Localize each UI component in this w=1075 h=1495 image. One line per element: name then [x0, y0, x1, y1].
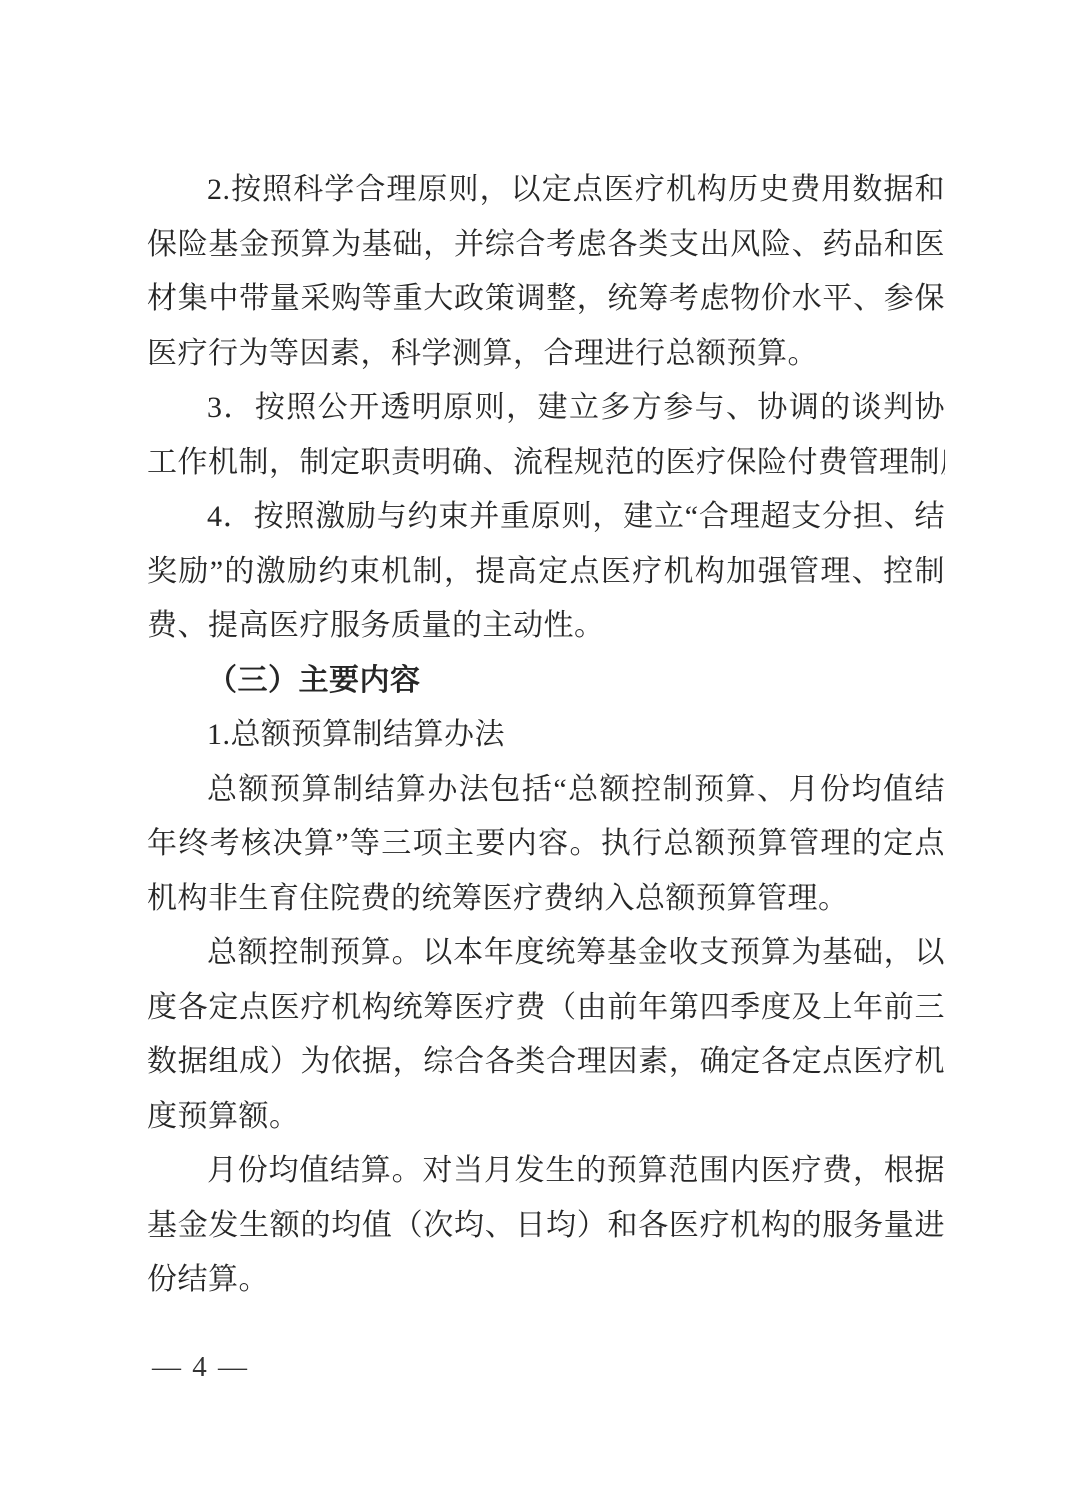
- document-page: 2.按照科学合理原则，以定点医疗机构历史费用数据和医疗保险基金预算为基础，并综合…: [0, 0, 1075, 1495]
- text-line-total-control-budget: 度预算额。: [147, 1090, 945, 1145]
- text-line-principle-4: 4．按照激励与约束并重原则，建立“合理超支分担、结余: [147, 490, 945, 545]
- text-line-principle-4: 奖励”的激励约束机制，提高定点医疗机构加强管理、控制医疗: [147, 545, 945, 600]
- page-number: — 4 —: [152, 1345, 249, 1389]
- text-line-principle-4: 费、提高医疗服务质量的主动性。: [147, 599, 945, 654]
- text-line-monthly-average-settlement: 月份均值结算。对当月发生的预算范围内医疗费，根据统筹: [147, 1144, 945, 1199]
- text-line-section-heading-3: （三）主要内容: [147, 654, 945, 709]
- text-line-principle-2: 2.按照科学合理原则，以定点医疗机构历史费用数据和医疗: [147, 163, 945, 218]
- text-line-principle-2: 医疗行为等因素，科学测算，合理进行总额预算。: [147, 327, 945, 382]
- text-line-monthly-average-settlement: 份结算。: [147, 1253, 945, 1308]
- text-line-method-overview: 总额预算制结算办法包括“总额控制预算、月份均值结算、: [147, 763, 945, 818]
- text-line-principle-3: 工作机制，制定职责明确、流程规范的医疗保险付费管理制度。: [147, 436, 945, 491]
- text-line-subsection-1: 1.总额预算制结算办法: [147, 708, 945, 763]
- text-line-total-control-budget: 度各定点医疗机构统筹医疗费（由前年第四季度及上年前三季度: [147, 981, 945, 1036]
- text-line-method-overview: 机构非生育住院费的统筹医疗费纳入总额预算管理。: [147, 872, 945, 927]
- text-line-method-overview: 年终考核决算”等三项主要内容。执行总额预算管理的定点医疗: [147, 817, 945, 872]
- document-body: 2.按照科学合理原则，以定点医疗机构历史费用数据和医疗保险基金预算为基础，并综合…: [147, 163, 945, 1308]
- text-line-total-control-budget: 总额控制预算。以本年度统筹基金收支预算为基础，以上年: [147, 926, 945, 981]
- text-line-monthly-average-settlement: 基金发生额的均值（次均、日均）和各医疗机构的服务量进行月: [147, 1199, 945, 1254]
- text-line-total-control-budget: 数据组成）为依据，综合各类合理因素，确定各定点医疗机构年: [147, 1035, 945, 1090]
- text-line-principle-2: 材集中带量采购等重大政策调整，统筹考虑物价水平、参保人员: [147, 272, 945, 327]
- text-line-principle-3: 3．按照公开透明原则，建立多方参与、协调的谈判协商的: [147, 381, 945, 436]
- text-line-principle-2: 保险基金预算为基础，并综合考虑各类支出风险、药品和医用耗: [147, 218, 945, 273]
